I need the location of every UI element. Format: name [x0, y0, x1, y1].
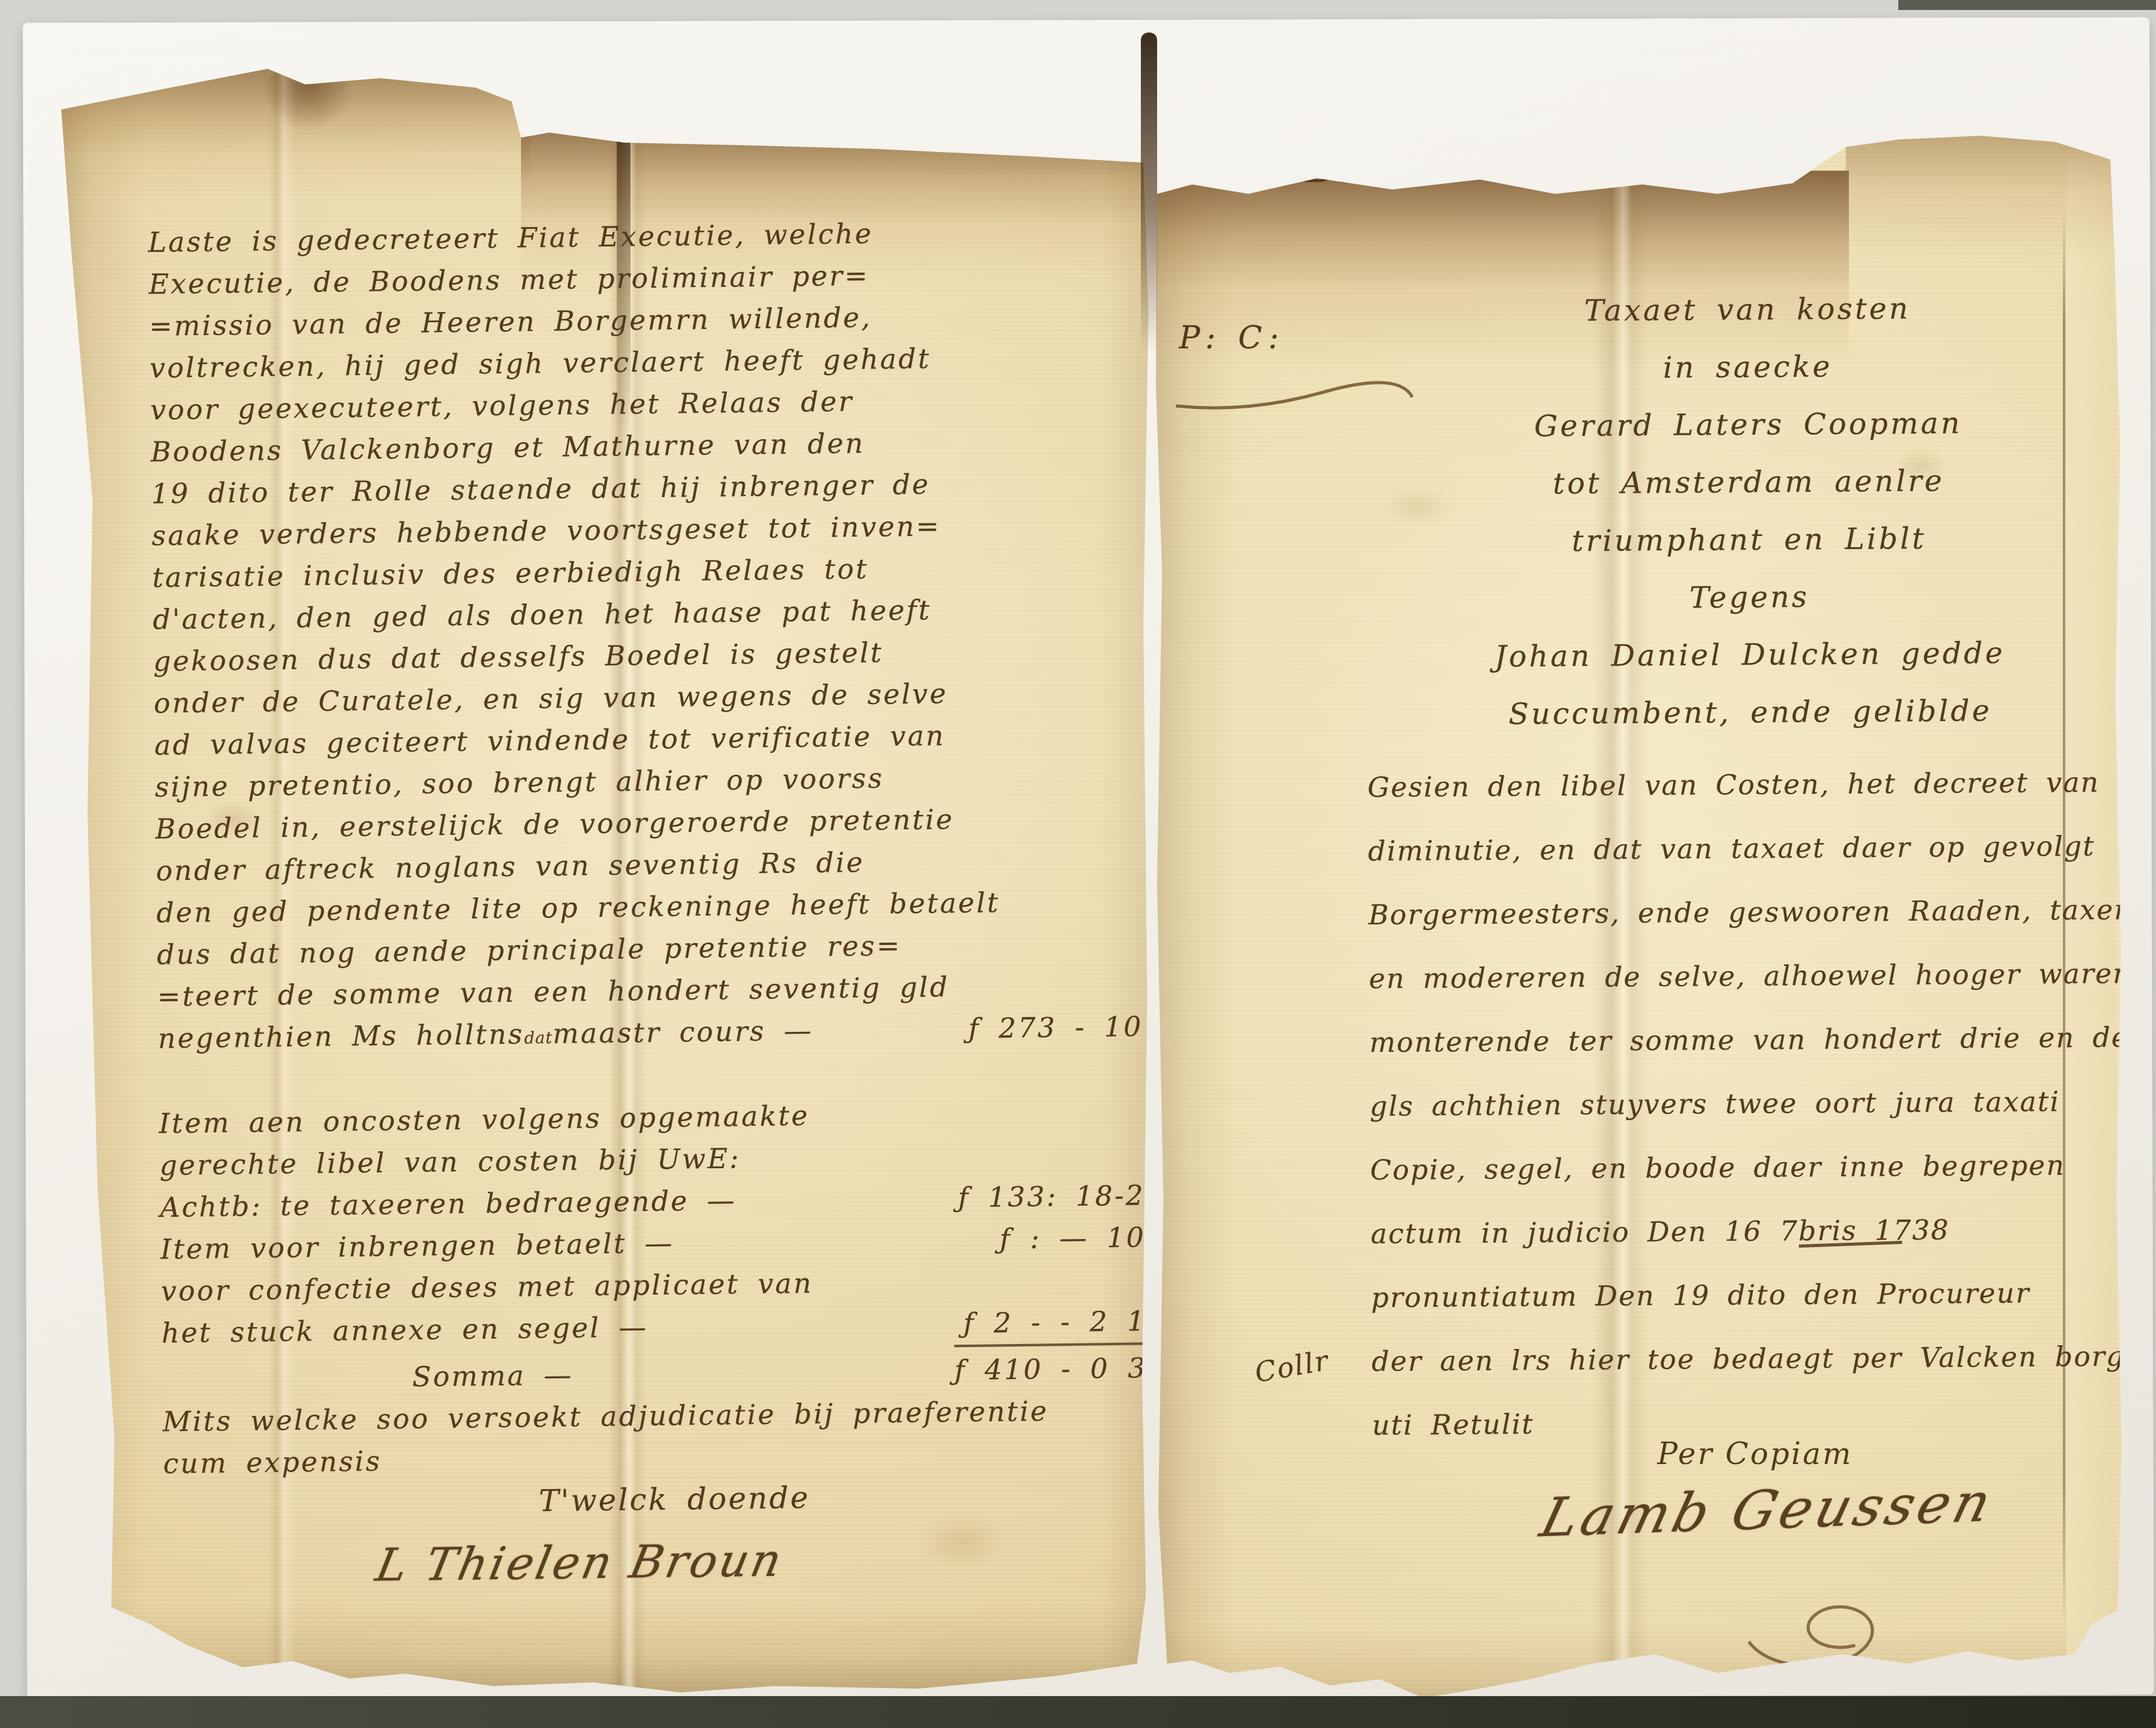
cost-intro-lines: Item aen oncosten volgens opgemaaktegere… — [159, 1091, 1151, 1186]
per-copiam-line: Per Copiam — [1605, 1437, 1905, 1472]
manuscript-line: Johan Daniel Dulcken gedde — [1418, 624, 2082, 686]
cost-label: voor confectie deses met applicaet van — [161, 1263, 813, 1313]
cost-amount: ƒ 133: 18-2 — [958, 1175, 1151, 1219]
manuscript-line: diminutie, en dat van taxaet daer op gev… — [1368, 815, 2094, 884]
right-page: 2¼ Dd P: C: Taxaet van kostenin saeckeGe… — [1155, 134, 2123, 1710]
left-page-text: Laste is gedecreteert Fiat Executie, wel… — [148, 210, 1156, 1608]
title-block: Taxaet van kostenin saeckeGerard Laters … — [1415, 279, 2082, 744]
cost-label: Achtb: te taxeeren bedraegende — — [159, 1180, 736, 1228]
manuscript-line: Copie, segel, en boode daer inne begrepe… — [1370, 1134, 2096, 1203]
cost-label: het stuck annexe en segel — — [161, 1306, 649, 1354]
flourish-stroke — [1176, 383, 1412, 408]
superscript-insertion: dat — [524, 1018, 553, 1060]
amount-value: ƒ 273 - 10 — [968, 1006, 1150, 1050]
left-page: Laste is gedecreteert Fiat Executie, wel… — [55, 63, 1157, 1695]
manuscript-line: Borgermeesters, ende geswooren Raaden, t… — [1369, 879, 2095, 947]
amount-label: negenthien Ms holltns — [158, 1014, 524, 1060]
manuscript-scan: Laste is gedecreteert Fiat Executie, wel… — [0, 0, 2156, 1728]
manuscript-line: monterende ter somme van hondert drie en… — [1369, 1006, 2095, 1075]
scanner-mat-strip — [1898, 0, 2156, 10]
left-body-lines: Laste is gedecreteert Fiat Executie, wel… — [148, 210, 1149, 1018]
body-block: Gesien den libel van Costen, het decreet… — [1367, 751, 2098, 1458]
collation-mark: Collr — [1252, 1345, 1331, 1389]
cost-amount: ƒ : — 10 — [1000, 1216, 1152, 1260]
manuscript-line: Gesien den libel van Costen, het decreet… — [1367, 751, 2093, 820]
manuscript-line: triumphant en Liblt — [1417, 509, 2081, 571]
scanner-mat-bottom — [0, 1696, 2156, 1728]
manuscript-line: actum in judicio Den 16 7bris 1738 — [1370, 1198, 2097, 1266]
cost-label: Item voor inbrengen betaelt — — [160, 1223, 674, 1271]
somma-amount: ƒ 410 - 0 3 — [954, 1342, 1153, 1392]
manuscript-line: Tegens — [1418, 567, 2082, 629]
manuscript-line: en modereren de selve, alhoewel hooger w… — [1369, 942, 2095, 1011]
pc-mark: P: C: — [1179, 320, 1285, 356]
pc-underline-flourish — [1173, 378, 1417, 416]
manuscript-line: Succumbent, ende geliblde — [1419, 682, 2082, 744]
manuscript-line: Gerard Laters Coopman — [1417, 394, 2080, 456]
somma-label: Somma — — [412, 1355, 574, 1398]
page-gap-slit — [1141, 33, 1157, 351]
manuscript-line: der aen lrs hier toe bedaegt per Valcken… — [1372, 1325, 2098, 1394]
closing-lines: Mits welcke soo versoekt adjudicatie bij… — [163, 1389, 1155, 1485]
signature-clerk: Lamb Geussen — [1520, 1471, 2015, 1550]
manuscript-line: pronuntiatum Den 19 dito den Procureur — [1371, 1261, 2097, 1330]
amount-label: maastr cours — — [552, 1010, 813, 1055]
body-lines: Gesien den libel van Costen, het decreet… — [1367, 751, 2098, 1458]
cost-amount: ƒ 2 - - 2 1 — [963, 1300, 1153, 1345]
manuscript-line: tot Amsterdam aenlre — [1417, 452, 2080, 513]
manuscript-line: gls achthien stuyvers twee oort jura tax… — [1370, 1070, 2096, 1139]
title-lines: Taxaet van kostenin saeckeGerard Laters … — [1415, 279, 2082, 744]
manuscript-line: in saecke — [1416, 336, 2080, 398]
manuscript-line: Taxaet van kosten — [1415, 279, 2079, 341]
signature-procureur: L Thielen Broun — [156, 1515, 1164, 1609]
